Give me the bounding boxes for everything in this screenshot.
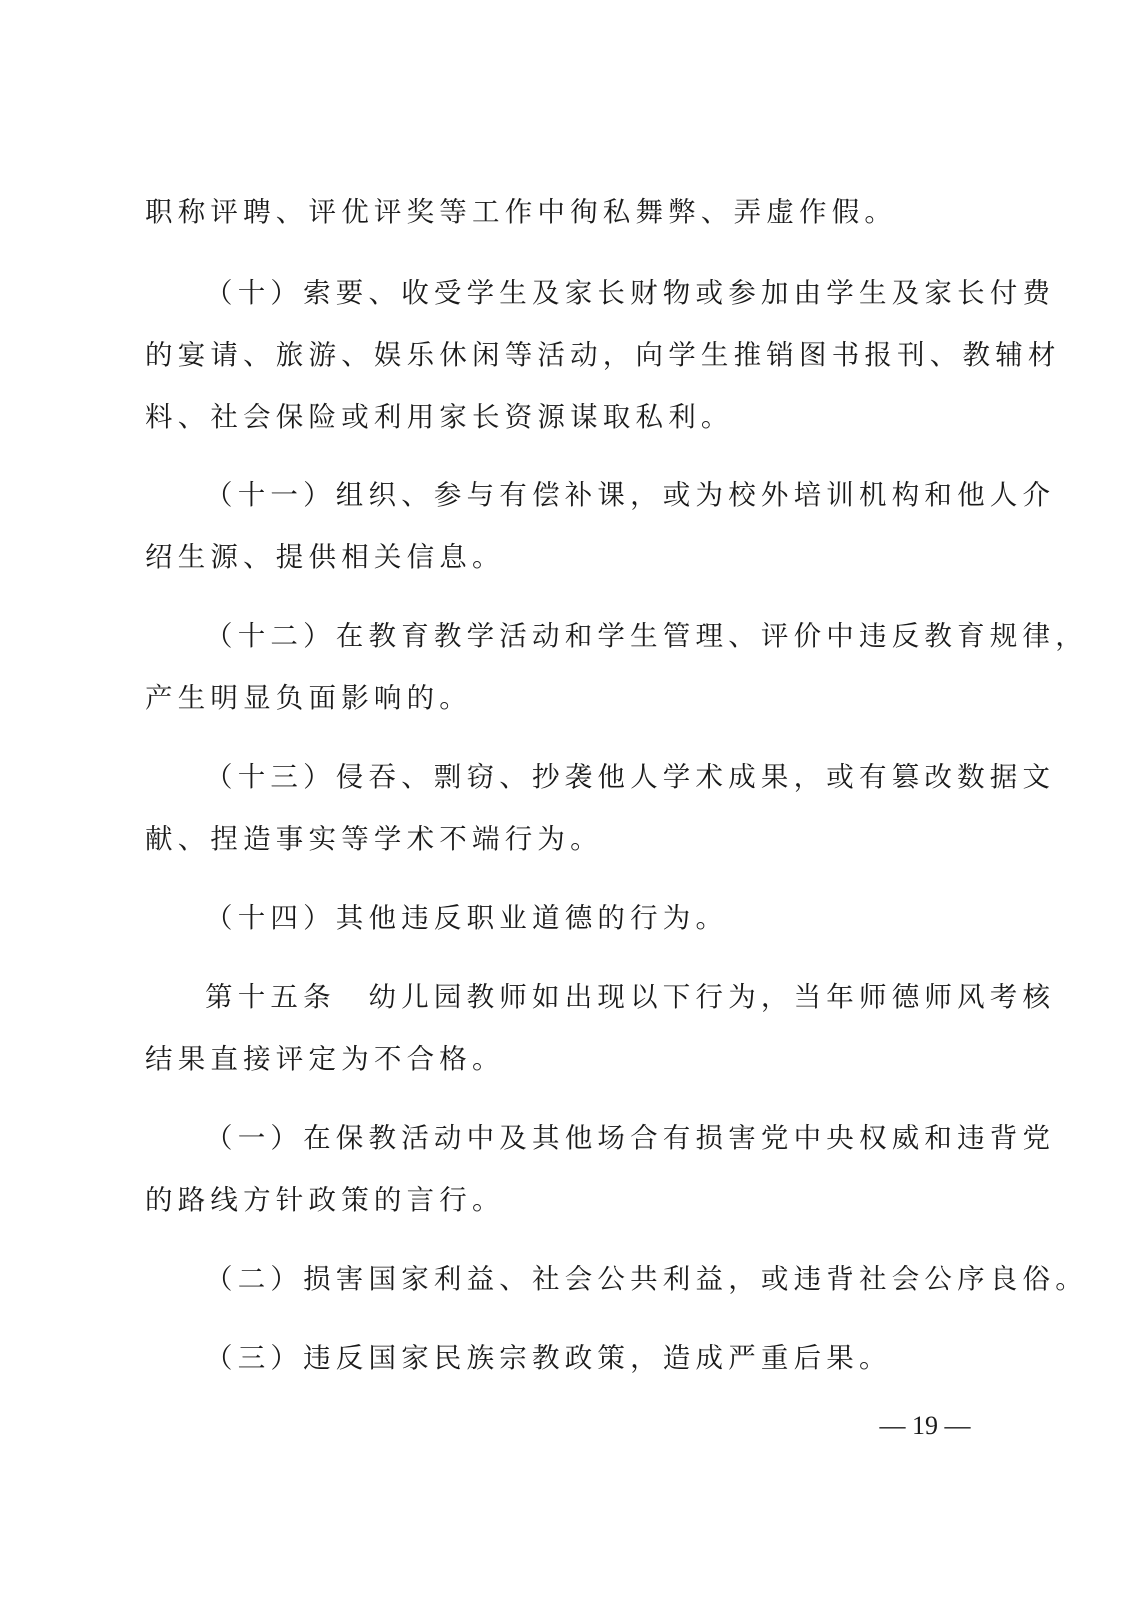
paragraph-line: 结果直接评定为不合格。 (145, 1039, 985, 1079)
document-page: 职称评聘、评优评奖等工作中徇私舞弊、弄虚作假。 （十）索要、收受学生及家长财物或… (0, 0, 1131, 1600)
article-15-heading-line: 第十五条 幼儿园教师如出现以下行为，当年师德师风考核 (205, 977, 985, 1017)
paragraph-line-item-10: （十）索要、收受学生及家长财物或参加由学生及家长付费 (205, 273, 985, 313)
paragraph-line: 献、捏造事实等学术不端行为。 (145, 819, 985, 859)
paragraph-line: 的宴请、旅游、娱乐休闲等活动，向学生推销图书报刊、教辅材 (145, 335, 985, 375)
paragraph-line-item-14: （十四）其他违反职业道德的行为。 (205, 898, 985, 938)
paragraph-line: 产生明显负面影响的。 (145, 678, 985, 718)
paragraph-line-item-12: （十二）在教育教学活动和学生管理、评价中违反教育规律， (205, 616, 985, 656)
page-number: — 19 — (860, 1408, 990, 1444)
paragraph-line-item-11: （十一）组织、参与有偿补课，或为校外培训机构和他人介 (205, 475, 985, 515)
paragraph-line-item-1: （一）在保教活动中及其他场合有损害党中央权威和违背党 (205, 1118, 985, 1158)
paragraph-line-item-3: （三）违反国家民族宗教政策，造成严重后果。 (205, 1338, 985, 1378)
paragraph-line: 绍生源、提供相关信息。 (145, 537, 985, 577)
paragraph-line: 的路线方针政策的言行。 (145, 1180, 985, 1220)
paragraph-line: 料、社会保险或利用家长资源谋取私利。 (145, 397, 985, 437)
paragraph-line-item-2: （二）损害国家利益、社会公共利益，或违背社会公序良俗。 (205, 1259, 985, 1299)
paragraph-line-item-13: （十三）侵吞、剽窃、抄袭他人学术成果，或有篡改数据文 (205, 757, 985, 797)
paragraph-line: 职称评聘、评优评奖等工作中徇私舞弊、弄虚作假。 (145, 192, 985, 232)
